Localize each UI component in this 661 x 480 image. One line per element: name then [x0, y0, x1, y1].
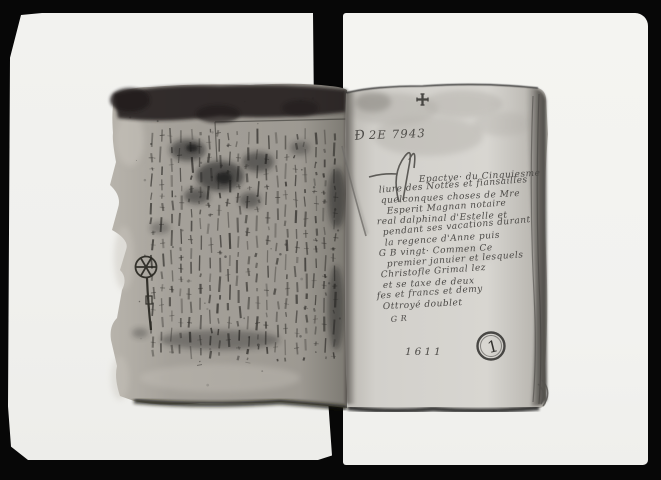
year-label: 1611 [405, 346, 444, 358]
manuscript-right-page: Đ 2E 7943 Epactye· du Cinquiesme liure d… [333, 74, 568, 419]
photo-backdrop: Đ 2E 7943 Epactye· du Cinquiesme liure d… [0, 0, 661, 480]
archival-reference-mark: Đ [352, 128, 366, 145]
archival-reference: 2E 7943 [368, 126, 427, 142]
right-page-bottom-shadow [348, 408, 539, 411]
flourish-initials: G R [390, 314, 407, 324]
parchment-body [110, 84, 348, 408]
manuscript-left-page [100, 78, 356, 418]
